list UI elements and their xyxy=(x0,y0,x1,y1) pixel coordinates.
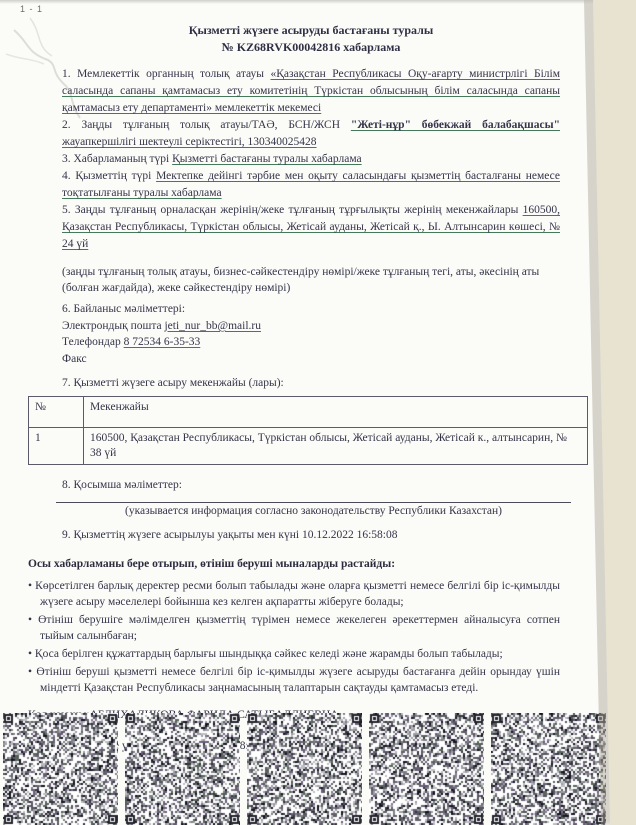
item-5-legal-address: 5. Заңды тұлғаның орналасқан жерінің/жек… xyxy=(62,202,560,253)
item-4-activity-type: 4. Қызметтің түрі Мектепке дейінгі тәрби… xyxy=(62,168,560,202)
item-6-contacts-heading: 6. Байланыс мәліметтері: xyxy=(62,301,560,318)
document-body: Қызметті жүзеге асыруды бастағаны туралы… xyxy=(0,0,594,755)
item-1-state-body-name: 1. Мемлекеттік органның толық атауы «Қаз… xyxy=(62,66,560,117)
document-page: 1 - 1 Қызметті жүзеге асыруды бастағаны … xyxy=(0,0,636,825)
qr-code-3 xyxy=(247,713,362,825)
addresses-table-header-address: Мекенжайы xyxy=(84,397,588,428)
item-7-activity-address-heading: 7. Қызметті жүзеге асыру мекенжайы (лары… xyxy=(62,375,560,392)
contact-phones-line: Телефондар 8 72534 6-35-33 xyxy=(62,334,560,351)
digital-signature-barcodes xyxy=(3,713,606,825)
confirm-bullet-4: Өтініш беруші қызметті немесе белгілі бі… xyxy=(28,664,560,696)
item-9-activity-datetime: 9. Қызметтің жүзеге асырылуы уақыты мен … xyxy=(62,527,560,544)
document-title-line2: № KZ68RVK00042816 хабарлама xyxy=(62,39,560,56)
addresses-table-header-num: № xyxy=(29,397,84,428)
item-5-footnote: (заңды тұлғаның толық атауы, бизнес-сәйк… xyxy=(62,264,560,296)
qr-code-2 xyxy=(125,713,240,825)
document-title-line1: Қызметті жүзеге асыруды бастағаны туралы xyxy=(62,22,560,39)
contact-fax-line: Факс xyxy=(62,351,560,368)
addresses-table-row: 1 160500, Қазақстан Республикасы, Түркіс… xyxy=(29,428,588,465)
item-3-notification-type: 3. Хабарламаның түрі Қызметті бастағаны … xyxy=(62,151,560,168)
item-8-additional-heading: 8. Қосымша мәліметтер: xyxy=(62,477,560,494)
item-2-legal-entity-name: 2. Заңды тұлғаның толық атауы/ТАӘ, БСН/Ж… xyxy=(62,117,560,151)
addresses-table: № Мекенжайы 1 160500, Қазақстан Республи… xyxy=(28,396,588,465)
address-row-number: 1 xyxy=(29,428,84,465)
address-row-value: 160500, Қазақстан Республикасы, Түркіста… xyxy=(84,428,588,465)
addresses-table-header-row: № Мекенжайы xyxy=(29,397,588,428)
confirm-bullet-2: Өтініш берушіге мәлімделген қызметтің тү… xyxy=(28,612,560,644)
confirm-bullet-1: Көрсетілген барлық деректер ресми болып … xyxy=(28,578,560,610)
qr-code-4 xyxy=(369,713,484,825)
confirmation-bullets: Көрсетілген барлық деректер ресми болып … xyxy=(28,578,560,696)
qr-code-5 xyxy=(491,713,606,825)
confirmation-heading: Осы хабарламаны бере отырып, өтініш беру… xyxy=(28,556,560,573)
contact-email-line: Электрондық пошта jeti_nur_bb@mail.ru xyxy=(62,318,560,335)
qr-code-1 xyxy=(3,713,118,825)
additional-info-footnote: (указывается информация согласно законод… xyxy=(56,503,571,519)
document-title: Қызметті жүзеге асыруды бастағаны туралы… xyxy=(62,22,560,56)
confirm-bullet-3: Қоса берілген құжаттардың барлығы шындық… xyxy=(28,646,560,662)
scanned-notification-document: { "page_marker": "1 - 1", "title": { "li… xyxy=(0,0,636,825)
